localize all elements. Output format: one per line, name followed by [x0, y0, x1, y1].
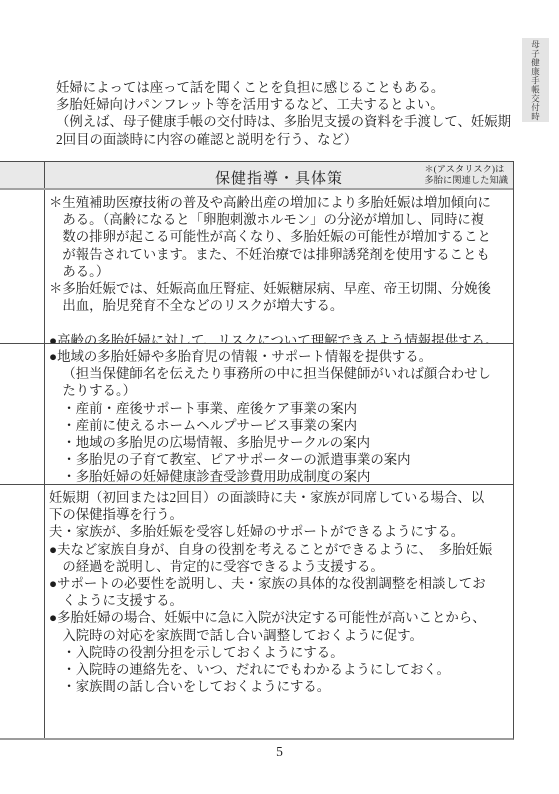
text-line: くように支援する。 [49, 592, 511, 609]
text-line: ・入院時の役割分担を示しておくようにする。 [49, 644, 511, 661]
text-line: ・産前・産後サポート事業、産後ケア事業の案内 [49, 400, 511, 417]
text-line: ・多胎妊婦の妊婦健康診査受診費用助成制度の案内 [49, 468, 511, 484]
text-line: ＊生殖補助医療技術の普及や高齢出産の増加により多胎妊娠は増加傾向に [49, 194, 511, 211]
text-line: 夫・家族が、多胎妊娠を受容し妊婦のサポートができるようにする。 [49, 523, 511, 540]
text-line: 下の保健指導を行う。 [49, 506, 511, 523]
table-header-main-cell: 保健指導・具体策 ＊(アスタリスク)は 多胎に関連した知識 [45, 162, 513, 188]
text-line: 2回目の面談時に内容の確認と説明を行う、など） [56, 131, 556, 148]
text-line: ●夫など家族自身が、自身の役割を考えることができるように、 多胎妊娠 [49, 541, 511, 558]
table-row-main-cell: ＊生殖補助医療技術の普及や高齢出産の増加により多胎妊娠は増加傾向にある。（高齢に… [45, 190, 513, 343]
table-row-left-cell [0, 344, 45, 484]
table-row-left-cell [0, 485, 45, 738]
text-line: ・多胎児の子育て教室、ピアサポーターの派遣事業の案内 [49, 451, 511, 468]
scanned-document-page: 母子健康手帳交付時 妊婦によっては座って話を聞くことを負担に感じることもある。多… [0, 0, 559, 794]
text-line: （例えば、母子健康手帳の交付時は、多胎児支援の資料を手渡して、妊娠期 [56, 113, 556, 130]
table-row: ●地域の多胎妊婦や多胎育児の情報・サポート情報を提供する。（担当保健師名を伝えた… [0, 344, 513, 485]
table-row: ＊生殖補助医療技術の普及や高齢出産の増加により多胎妊娠は増加傾向にある。（高齢に… [0, 190, 513, 344]
text-line [49, 314, 511, 331]
text-line: ＊多胎妊娠では、妊娠高血圧腎症、妊娠糖尿病、早産、帝王切開、分娩後 [49, 280, 511, 297]
table-header-note: ＊(アスタリスク)は 多胎に関連した知識 [424, 165, 508, 187]
text-line: ・地域の多胎児の広場情報、多胎児サークルの案内 [49, 434, 511, 451]
text-line: ある。） [49, 263, 511, 280]
text-line: 妊婦によっては座って話を聞くことを負担に感じることもある。 [56, 79, 556, 96]
page-number: 5 [0, 744, 559, 760]
text-line: ●地域の多胎妊婦や多胎育児の情報・サポート情報を提供する。 [49, 348, 511, 365]
text-line: ある。（高齢になると「卵胞刺激ホルモン」の分泌が増加し、同時に複 [49, 211, 511, 228]
table-row-main-cell: ●地域の多胎妊婦や多胎育児の情報・サポート情報を提供する。（担当保健師名を伝えた… [45, 344, 513, 484]
intro-paragraph: 妊婦によっては座って話を聞くことを負担に感じることもある。多胎妊婦向けパンフレッ… [56, 79, 556, 148]
table-row-main-cell: 妊娠期（初回または2回目）の面談時に夫・家族が同席している場合、以下の保健指導を… [45, 485, 513, 738]
text-line: 数の排卵が起こる可能性が高くなり、多胎妊娠の可能性が増加すること [49, 228, 511, 245]
table-header-note-line: ＊(アスタリスク)は [424, 165, 508, 176]
text-line: が報告されています。また、不妊治療では排卵誘発剤を使用することも [49, 246, 511, 263]
text-line: ・家族間の話し合いをしておくようにする。 [49, 678, 511, 695]
text-line: ・入院時の連絡先を、いつ、だれにでもわかるようにしておく。 [49, 661, 511, 678]
guidance-table: 保健指導・具体策 ＊(アスタリスク)は 多胎に関連した知識 ＊生殖補助医療技術の… [0, 161, 514, 740]
table-row-left-cell [0, 190, 45, 343]
table-row: 妊娠期（初回または2回目）の面談時に夫・家族が同席している場合、以下の保健指導を… [0, 485, 513, 738]
table-header-left-cell [0, 162, 45, 188]
text-line: 多胎妊婦向けパンフレット等を活用するなど、工夫するとよい。 [56, 96, 556, 113]
text-line: ●高齢の多胎妊婦に対して、リスクについて理解できるよう情報提供する。 [49, 332, 511, 343]
text-line: ●多胎妊婦の場合、妊娠中に急に入院が決定する可能性が高いことから、 [49, 609, 511, 626]
text-line: ・産前に使えるホームヘルプサービス事業の案内 [49, 417, 511, 434]
table-header-row: 保健指導・具体策 ＊(アスタリスク)は 多胎に関連した知識 [0, 162, 513, 190]
text-line: ●サポートの必要性を説明し、夫・家族の具体的な役割調整を相談してお [49, 575, 511, 592]
text-line: 入院時の対応を家族間で話し合い調整しておくように促す。 [49, 627, 511, 644]
text-line: 妊娠期（初回または2回目）の面談時に夫・家族が同席している場合、以 [49, 489, 511, 506]
text-line: （担当保健師名を伝えたり事務所の中に担当保健師がいれば顔合わせし [49, 365, 511, 382]
text-line: たりする。） [49, 382, 511, 399]
table-header-note-line: 多胎に関連した知識 [424, 176, 508, 187]
text-line: の経過を説明し、肯定的に受容できるよう支援する。 [49, 558, 511, 575]
text-line: 出血，胎児発育不全などのリスクが増大する。 [49, 297, 511, 314]
